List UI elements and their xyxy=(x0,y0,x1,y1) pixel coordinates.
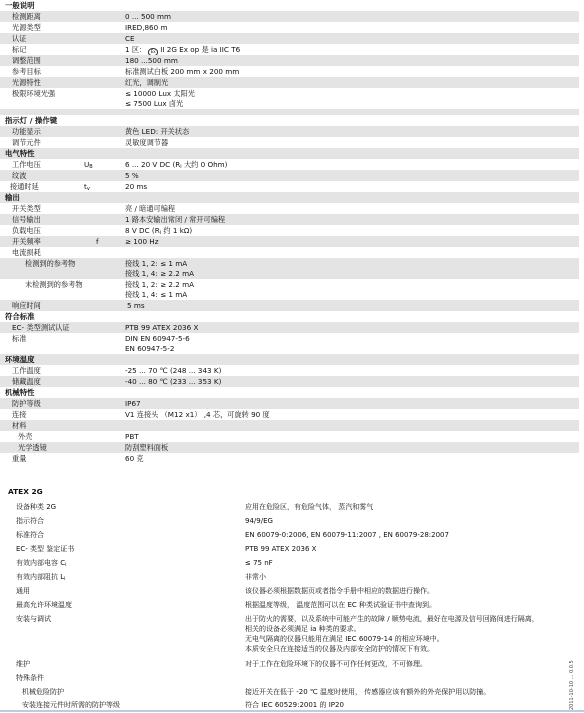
value-part: 8 V DC (R xyxy=(125,226,160,235)
label-main: 有效内部阻抗 L xyxy=(16,573,64,581)
value-line: 接线 1, 2: ≤ 1 mA xyxy=(125,259,187,268)
row-label: 机械危险防护 xyxy=(22,687,64,698)
row-value: PTB 99 ATEX 2036 X xyxy=(125,322,198,333)
row-label: 特殊条件 xyxy=(16,673,44,684)
row-value: 接近开关在低于 -20 ℃ 温度时使用， 传感器应该有额外的外壳保护用以防撞。 xyxy=(245,687,565,698)
table-row: 工作温度-25 ... 70 ℃ (248 ... 343 K) xyxy=(0,365,579,376)
row-label: 光源类型 xyxy=(12,22,41,33)
row-label: 纹波 xyxy=(12,170,26,181)
value-line: EN 60947-5-2 xyxy=(125,343,190,354)
value-line: 本质安全只在连接适当的仪器及内部安全防护的情况下有效。 xyxy=(245,645,565,655)
value-part: 约 1 kΩ) xyxy=(161,226,192,235)
row-value: -40 ... 80 ℃ (233 ... 353 K) xyxy=(125,376,221,387)
table-row: 参考目标标准测试白板 200 mm x 200 mm xyxy=(0,66,579,77)
table-row: 外壳PBT xyxy=(0,431,579,442)
row-label: 未检测到的参考物 xyxy=(25,279,83,290)
row-label: 设备种类 2G xyxy=(16,502,56,513)
section-title: 电气特性 xyxy=(5,148,35,159)
row-label: 光学透镜 xyxy=(18,442,47,453)
row-label: 接通时延 xyxy=(10,181,39,192)
row-value: IRED,860 m xyxy=(125,22,167,33)
table-row: 重量60 克 xyxy=(0,453,579,464)
table-row: 工作电压UB6 ... 20 V DC (Ri 大约 0 Ohm) xyxy=(0,159,579,170)
row-label: 储藏温度 xyxy=(12,376,41,387)
section-title: 机械特性 xyxy=(5,387,35,398)
table-row: 接通时延tv20 ms xyxy=(0,181,579,192)
row-value: 20 ms xyxy=(125,181,147,192)
table-row: 调整范围180 ...500 mm xyxy=(0,55,579,66)
table-row: 开关频率f≥ 100 Hz xyxy=(0,236,579,247)
row-value: 5 % xyxy=(125,170,139,181)
table-row: 防护等级IP67 xyxy=(0,398,579,409)
row-value: 出于防火的需要，以及系统中可能产生的故障 / 顺势电流，最好在电源及信号回路间进… xyxy=(245,615,565,654)
row-label: 开关类型 xyxy=(12,203,41,214)
table-row: 信号输出1 路本安输出常闭 / 常开可编程 xyxy=(0,214,579,225)
value-line: DIN EN 60947-5-6 xyxy=(125,334,190,343)
row-label: 材料 xyxy=(12,420,26,431)
table-row: 光学透镜防刮塑料面板 xyxy=(0,442,579,453)
row-value: 黄色 LED: 开关状态 xyxy=(125,126,189,137)
table-row: 极限环境光强≤ 10000 Lux 太阳光≤ 7500 Lux 卤光 xyxy=(0,88,579,109)
section-header-general: 一般说明 xyxy=(0,0,579,11)
value-line: 接线 1, 4: ≤ 1 mA xyxy=(125,289,194,300)
table-row: 负载电压8 V DC (Ri 约 1 kΩ) xyxy=(0,225,579,236)
row-label: 负载电压 xyxy=(12,225,41,236)
row-value: 亮 / 暗通可编程 xyxy=(125,203,175,214)
table-row: 功能显示黄色 LED: 开关状态 xyxy=(0,126,579,137)
row-value: EN 60079-0:2006, EN 60079-11:2007 , EN 6… xyxy=(245,530,565,541)
row-value: CE xyxy=(125,33,135,44)
row-value: 60 克 xyxy=(125,453,144,464)
section-title: 环境温度 xyxy=(5,354,35,365)
row-value: ≤ 75 nF xyxy=(245,558,565,569)
row-label: 工作温度 xyxy=(12,365,41,376)
row-value: -25 ... 70 ℃ (248 ... 343 K) xyxy=(125,365,221,376)
value-line: ≤ 10000 Lux 太阳光 xyxy=(125,89,195,98)
row-label: 标记 xyxy=(12,44,26,55)
row-label: 标准符合 xyxy=(16,530,44,541)
row-value: 根据温度等级， 温度范围可以在 EC 种类试验证书中查询到。 xyxy=(245,600,565,611)
section-header-mechanical: 机械特性 xyxy=(0,387,579,398)
row-label: 响应时间 xyxy=(12,300,41,311)
table-row: 响应时间5 ms xyxy=(0,300,579,311)
label-main: 有效内部电容 C xyxy=(16,559,65,567)
row-value: V1 连接头 （M12 x1） ,4 芯，可旋转 90 度 xyxy=(125,409,270,420)
row-value: PTB 99 ATEX 2036 X xyxy=(245,544,565,555)
value-line: 接线 1, 4: ≥ 2.2 mA xyxy=(125,268,194,279)
row-label: 指示符合 xyxy=(16,516,44,527)
row-value: ≥ 100 Hz xyxy=(125,236,159,247)
value-part: 大约 0 Ohm) xyxy=(182,160,228,169)
row-label: EC- 类型 鉴定证书 xyxy=(16,544,74,555)
row-value: PBT xyxy=(125,431,139,442)
zone-text: 1 区： xyxy=(125,45,146,54)
section-header-indicators: 指示灯 / 操作键 xyxy=(0,115,579,126)
value-part: 6 ... 20 V DC (R xyxy=(125,160,180,169)
row-label: 有效内部电容 Ci xyxy=(16,558,67,571)
value-line: ≤ 7500 Lux 卤光 xyxy=(125,98,195,109)
row-label: 电流损耗 xyxy=(12,247,41,258)
row-value: ≤ 10000 Lux 太阳光≤ 7500 Lux 卤光 xyxy=(125,88,195,109)
row-label: 功能显示 xyxy=(12,126,41,137)
table-row: 光源类型IRED,860 m xyxy=(0,22,579,33)
row-value: 接线 1, 2: ≥ 2.2 mA接线 1, 4: ≤ 1 mA xyxy=(125,279,194,300)
row-label: 光源特性 xyxy=(12,77,41,88)
row-label: 调整范围 xyxy=(12,55,41,66)
side-document-code: 2011-10-10 ... 0.0.5 xyxy=(569,630,577,710)
value-line: 无电气隔离的仪器只能用在满足 IEC 60079-14 的相应环境中。 xyxy=(245,635,565,645)
table-row: 调节元件灵敏度调节器 xyxy=(0,137,579,148)
table-row: 电流损耗 xyxy=(0,247,579,258)
value-line: 接线 1, 2: ≥ 2.2 mA xyxy=(125,280,194,289)
table-row: 检测距离0 ... 500 mm xyxy=(0,11,579,22)
row-label: 标准 xyxy=(12,333,26,344)
row-value: 标准测试白板 200 mm x 200 mm xyxy=(125,66,239,77)
row-value: 0 ... 500 mm xyxy=(125,11,171,22)
row-value: 5 ms xyxy=(127,300,145,311)
row-value: 接线 1, 2: ≤ 1 mA接线 1, 4: ≥ 2.2 mA xyxy=(125,258,194,279)
row-label: 调节元件 xyxy=(12,137,41,148)
table-row: 开关类型亮 / 暗通可编程 xyxy=(0,203,579,214)
row-label: 工作电压 xyxy=(12,159,41,170)
row-label: 参考目标 xyxy=(12,66,41,77)
row-value: 应用在危险区，有危险气体， 蒸汽和雾气 xyxy=(245,502,565,513)
table-row: 检测到的参考物接线 1, 2: ≤ 1 mA接线 1, 4: ≥ 2.2 mA xyxy=(0,258,579,279)
section-header-standards: 符合标准 xyxy=(0,311,579,322)
row-value: IP67 xyxy=(125,398,141,409)
row-value: 180 ...500 mm xyxy=(125,55,178,66)
row-label: 信号输出 xyxy=(12,214,41,225)
row-label: 安装与调试 xyxy=(16,614,51,625)
table-row: 材料 xyxy=(0,420,579,431)
value-line: 相关的设备必须满足 ia 种类的要求。 xyxy=(245,625,565,635)
table-row: 未检测到的参考物接线 1, 2: ≥ 2.2 mA接线 1, 4: ≤ 1 mA xyxy=(0,279,579,300)
table-row: 认证CE xyxy=(0,33,579,44)
spec-table: 一般说明 检测距离0 ... 500 mm 光源类型IRED,860 m 认证C… xyxy=(0,0,579,464)
row-value: 非常小 xyxy=(245,572,565,583)
row-label: 极限环境光强 xyxy=(12,88,55,99)
row-label: 维护 xyxy=(16,659,30,670)
row-symbol: f xyxy=(96,236,99,247)
row-label: 检测距离 xyxy=(12,11,41,22)
row-label: 检测到的参考物 xyxy=(25,258,75,269)
section-title: 一般说明 xyxy=(5,0,35,11)
table-row: 纹波5 % xyxy=(0,170,579,181)
table-row: 光源特性红光，调制光 xyxy=(0,77,579,88)
row-value: 防刮塑料面板 xyxy=(125,442,168,453)
value-line: 出于防火的需要，以及系统中可能产生的故障 / 顺势电流，最好在电源及信号回路间进… xyxy=(245,615,565,625)
section-header-electrical: 电气特性 xyxy=(0,148,579,159)
table-row: EC- 类型测试认证PTB 99 ATEX 2036 X xyxy=(0,322,579,333)
label-sub: i xyxy=(65,562,66,568)
row-label: 通用 xyxy=(16,586,30,597)
table-row: 连接V1 连接头 （M12 x1） ,4 芯，可旋转 90 度 xyxy=(0,409,579,420)
row-value: 红光，调制光 xyxy=(125,77,168,88)
row-value: 1 路本安输出常闭 / 常开可编程 xyxy=(125,214,225,225)
table-row: 标准DIN EN 60947-5-6EN 60947-5-2 xyxy=(0,333,579,354)
row-value: 该仪器必须根据数据页或者指令手册中相应的数据进行操作。 xyxy=(245,586,565,597)
row-label: 最高允许环境温度 xyxy=(16,600,72,611)
section-header-ambient: 环境温度 xyxy=(0,354,579,365)
row-label: 防护等级 xyxy=(12,398,41,409)
section-title: 符合标准 xyxy=(5,311,35,322)
table-row: 标记1 区：ExII 2G Ex op 是 ia IIC T6 xyxy=(0,44,579,55)
row-label: EC- 类型测试认证 xyxy=(12,322,70,333)
row-value: 对于工作在危险环境下的仪器不可作任何更改，不可修理。 xyxy=(245,659,565,670)
section-title: 输出 xyxy=(5,192,20,203)
row-value: 94/9/EG xyxy=(245,516,565,527)
row-value: 灵敏度调节器 xyxy=(125,137,168,148)
row-label: 外壳 xyxy=(18,431,32,442)
section-header-output: 输出 xyxy=(0,192,579,203)
row-label: 连接 xyxy=(12,409,26,420)
row-label: 开关频率 xyxy=(12,236,41,247)
table-row: 储藏温度-40 ... 80 ℃ (233 ... 353 K) xyxy=(0,376,579,387)
row-label: 认证 xyxy=(12,33,26,44)
row-value: DIN EN 60947-5-6EN 60947-5-2 xyxy=(125,333,190,354)
page-bottom-divider xyxy=(0,710,584,712)
atex-title: ATEX 2G xyxy=(8,487,43,496)
row-label: 重量 xyxy=(12,453,26,464)
marking-text: II 2G Ex op 是 ia IIC T6 xyxy=(160,45,240,54)
row-label: 有效内部阻抗 Li xyxy=(16,572,66,585)
section-title: 指示灯 / 操作键 xyxy=(5,115,57,126)
label-sub: i xyxy=(64,576,65,582)
